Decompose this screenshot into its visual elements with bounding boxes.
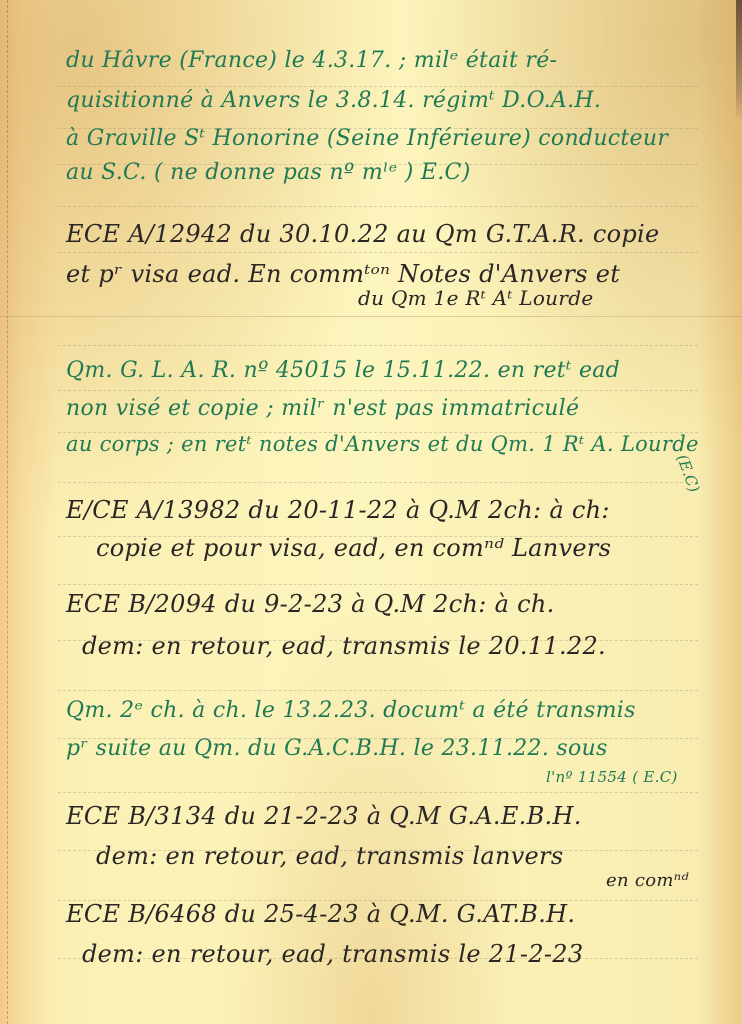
entry-5-line-1: ECE B/2094 du 9-2-23 à Q.M 2ch: à ch. xyxy=(66,590,555,618)
ruled-line xyxy=(58,86,698,87)
ruled-line xyxy=(58,252,698,253)
page-edge-shadow xyxy=(736,0,742,120)
entry-3-line-2: non visé et copie ; milʳ n'est pas immat… xyxy=(66,396,579,421)
ruled-line xyxy=(58,482,698,483)
entry-3-line-1: Qm. G. L. A. R. nº 45015 le 15.11.22. en… xyxy=(66,358,620,383)
entry-1-line-2: quisitionné à Anvers le 3.8.14. régimᵗ D… xyxy=(66,88,601,113)
ruled-line xyxy=(0,316,742,317)
entry-8-line-1: ECE B/6468 du 25-4-23 à Q.M. G.AT.B.H. xyxy=(66,900,575,928)
entry-7-line-3: en comⁿᵈ xyxy=(606,870,689,891)
ruled-line xyxy=(58,690,698,691)
ruled-line xyxy=(58,390,698,391)
margin-line xyxy=(7,0,8,1024)
entry-2-line-1: ECE A/12942 du 30.10.22 au Qm G.T.A.R. c… xyxy=(66,220,660,248)
entry-4-line-2: copie et pour visa, ead, en comⁿᵈ Lanver… xyxy=(96,534,611,562)
ruled-line xyxy=(58,792,698,793)
entry-6-line-2: pʳ suite au Qm. du G.A.C.B.H. le 23.11.2… xyxy=(66,736,608,761)
entry-1-line-4: au S.C. ( ne donne pas nº mˡᵉ ) E.C) xyxy=(66,160,471,185)
entry-1-line-1: du Hâvre (France) le 4.3.17. ; milᵉ étai… xyxy=(66,48,557,73)
ruled-line xyxy=(58,345,698,346)
entry-7-line-2: dem: en retour, ead, transmis lanvers xyxy=(96,842,563,870)
entry-8-line-2: dem: en retour, ead, transmis le 21-2-23 xyxy=(82,940,583,968)
register-page: du Hâvre (France) le 4.3.17. ; milᵉ étai… xyxy=(0,0,742,1024)
entry-6-line-3: l'nº 11554 ( E.C) xyxy=(546,768,678,786)
entry-4-line-1: E/CE A/13982 du 20-11-22 à Q.M 2ch: à ch… xyxy=(66,496,610,524)
entry-1-line-3: à Graville Sᵗ Honorine (Seine Inférieure… xyxy=(66,126,668,151)
entry-7-line-1: ECE B/3134 du 21-2-23 à Q.M G.A.E.B.H. xyxy=(66,802,582,830)
entry-2-line-2: et pʳ visa ead. En commᵗᵒⁿ Notes d'Anver… xyxy=(66,260,620,288)
ruled-line xyxy=(58,584,698,585)
entry-2-line-3: du Qm 1e Rᵗ Aᵗ Lourde xyxy=(358,286,593,310)
entry-3-margin-note: (E.C) xyxy=(673,452,703,495)
entry-5-line-2: dem: en retour, ead, transmis le 20.11.2… xyxy=(82,632,606,660)
entry-6-line-1: Qm. 2ᵉ ch. à ch. le 13.2.23. documᵗ a ét… xyxy=(66,698,636,723)
ruled-line xyxy=(58,206,698,207)
entry-3-line-3: au corps ; en retᵗ notes d'Anvers et du … xyxy=(66,432,699,456)
